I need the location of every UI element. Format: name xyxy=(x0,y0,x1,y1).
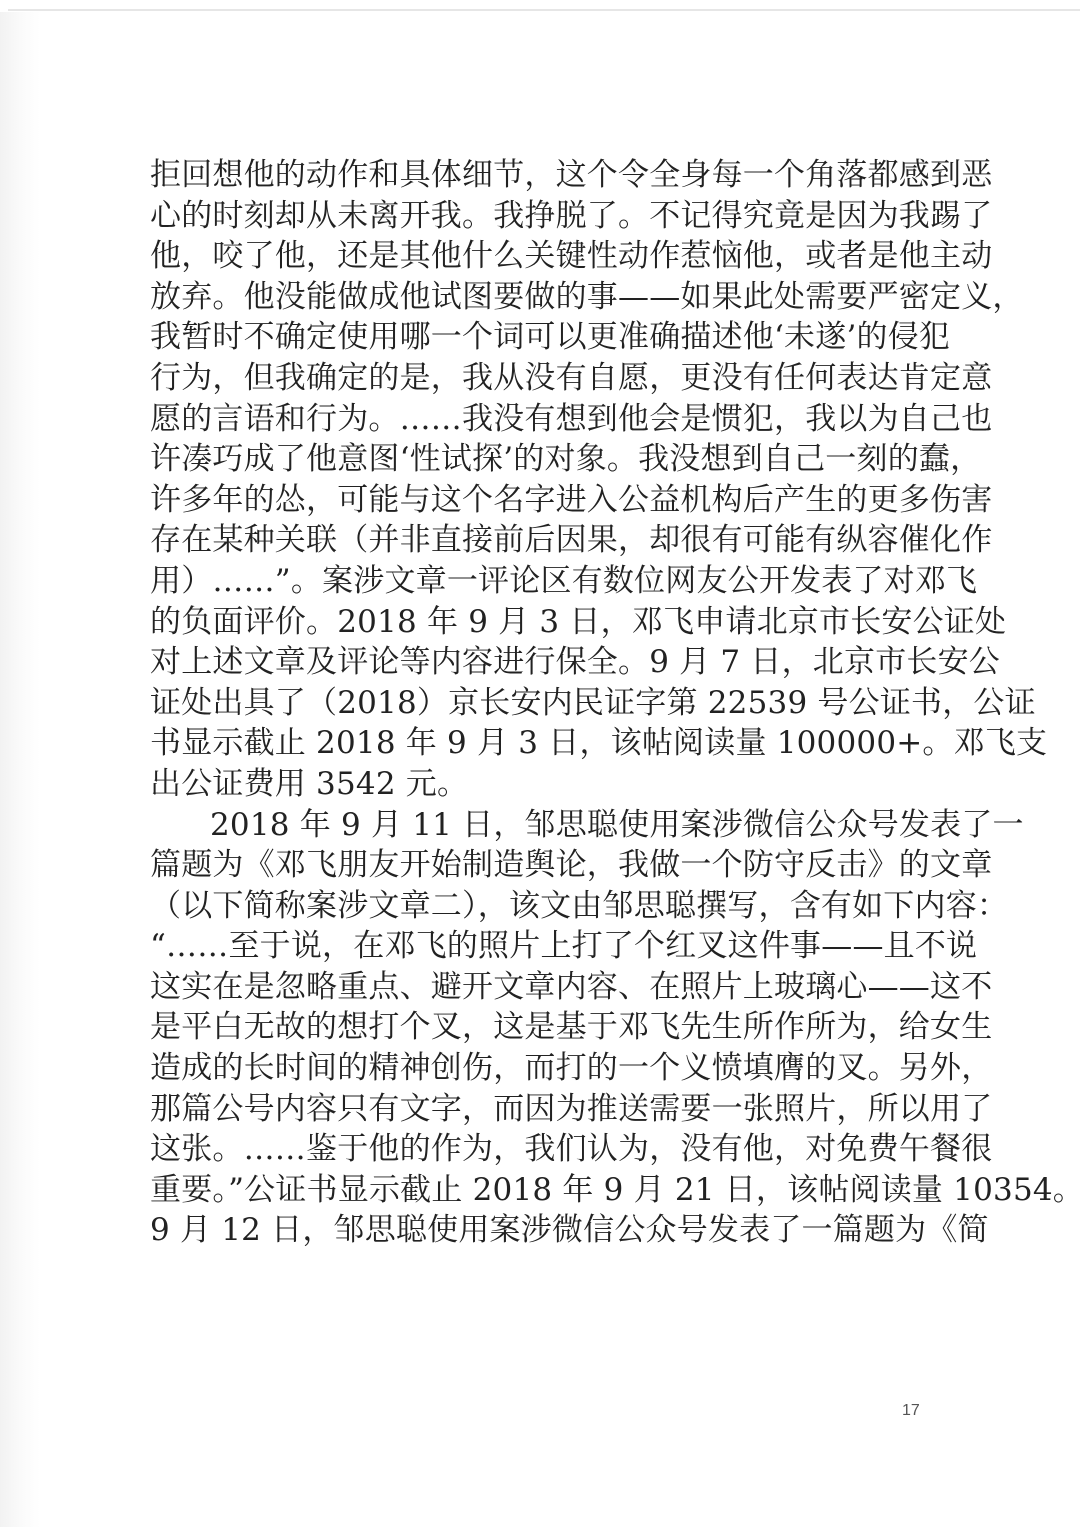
text-line: 这张。……鉴于他的作为，我们认为，没有他，对免费午餐很 xyxy=(150,1129,922,1170)
document-page: 拒回想他的动作和具体细节，这个令全身每一个角落都感到恶 心的时刻却从未离开我。我… xyxy=(0,0,1080,1527)
text-line: 许多年的怂，可能与这个名字进入公益机构后产生的更多伤害 xyxy=(150,480,922,521)
text-line: 放弃。他没能做成他试图要做的事——如果此处需要严密定义， xyxy=(150,277,922,318)
text-line: 愿的言语和行为。……我没有想到他会是惯犯，我以为自己也 xyxy=(150,399,922,440)
text-line: 书显示截止 2018 年 9 月 3 日，该帖阅读量 100000+。邓飞支 xyxy=(150,723,922,764)
text-line: 造成的长时间的精神创伤，而打的一个义愤填膺的叉。另外， xyxy=(150,1048,922,1089)
text-line: 是平白无故的想打个叉，这是基于邓飞先生所作所为，给女生 xyxy=(150,1007,922,1048)
text-line-paragraph-start: 2018 年 9 月 11 日，邹思聪使用案涉微信公众号发表了一 xyxy=(150,805,922,846)
text-line: 心的时刻却从未离开我。我挣脱了。不记得究竟是因为我踢了 xyxy=(150,196,922,237)
text-line: 拒回想他的动作和具体细节，这个令全身每一个角落都感到恶 xyxy=(150,155,922,196)
text-line: 他，咬了他，还是其他什么关键性动作惹恼他，或者是他主动 xyxy=(150,236,922,277)
text-line: 重要。”公证书显示截止 2018 年 9 月 21 日，该帖阅读量 10354。 xyxy=(150,1170,922,1211)
text-line: （以下简称案涉文章二），该文由邹思聪撰写，含有如下内容： xyxy=(150,886,922,927)
text-line: 行为，但我确定的是，我从没有自愿，更没有任何表达肯定意 xyxy=(150,358,922,399)
text-line: 我暂时不确定使用哪一个词可以更准确描述他‘未遂’的侵犯 xyxy=(150,317,922,358)
text-line: 出公证费用 3542 元。 xyxy=(150,764,922,805)
page-number: 17 xyxy=(902,1402,920,1420)
text-line: 对上述文章及评论等内容进行保全。9 月 7 日，北京市长安公 xyxy=(150,642,922,683)
text-line: 那篇公号内容只有文字，而因为推送需要一张照片，所以用了 xyxy=(150,1089,922,1130)
text-line: 篇题为《邓飞朋友开始制造舆论，我做一个防守反击》的文章 xyxy=(150,845,922,886)
text-line: “……至于说，在邓飞的照片上打了个红叉这件事——且不说 xyxy=(150,926,922,967)
text-line: 用）……”。案涉文章一评论区有数位网友公开发表了对邓飞 xyxy=(150,561,922,602)
text-line: 这实在是忽略重点、避开文章内容、在照片上玻璃心——这不 xyxy=(150,967,922,1008)
scan-top-edge xyxy=(8,9,1080,11)
text-line: 证处出具了（2018）京长安内民证字第 22539 号公证书，公证 xyxy=(150,683,922,724)
text-line: 的负面评价。2018 年 9 月 3 日，邓飞申请北京市长安公证处 xyxy=(150,602,922,643)
text-line: 9 月 12 日，邹思聪使用案涉微信公众号发表了一篇题为《简 xyxy=(150,1210,922,1251)
body-text: 拒回想他的动作和具体细节，这个令全身每一个角落都感到恶 心的时刻却从未离开我。我… xyxy=(150,155,922,1251)
text-line: 许凑巧成了他意图‘性试探’的对象。我没想到自己一刻的蠢， xyxy=(150,439,922,480)
text-line: 存在某种关联（并非直接前后因果，却很有可能有纵容催化作 xyxy=(150,520,922,561)
scan-left-edge-shadow xyxy=(0,12,40,1527)
